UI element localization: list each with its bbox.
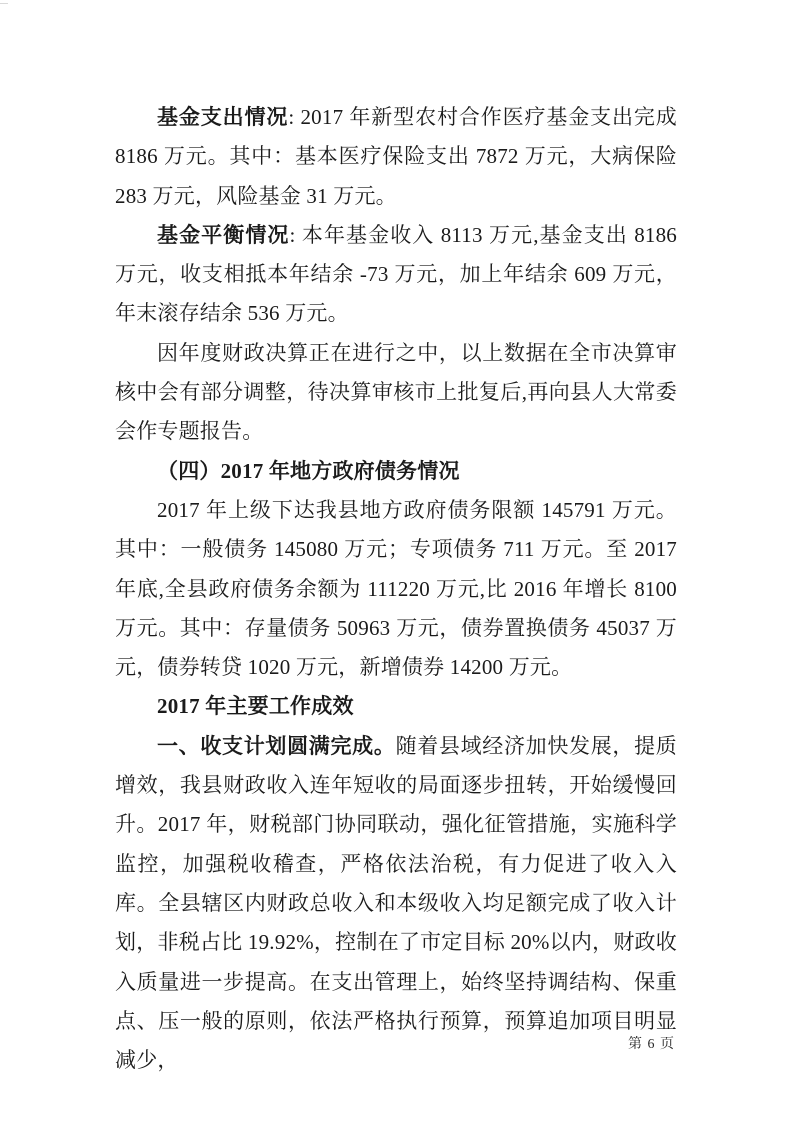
paragraph-text: 2017 年主要工作成效 (157, 694, 354, 718)
document-page: 基金支出情况: 2017 年新型农村合作医疗基金支出完成 8186 万元。其中：… (0, 0, 793, 1122)
body-paragraph: 一、收支计划圆满完成。随着县域经济加快发展，提质增效，我县财政收入连年短收的局面… (115, 727, 677, 1081)
paragraph-lead-bold: 一、收支计划圆满完成。 (157, 734, 396, 758)
paragraph-lead-bold: 基金支出情况 (157, 105, 288, 129)
body-paragraph: 基金平衡情况: 本年基金收入 8113 万元,基金支出 8186 万元，收支相抵… (115, 216, 677, 334)
scan-edge-artifact (0, 3, 8, 4)
document-body: 基金支出情况: 2017 年新型农村合作医疗基金支出完成 8186 万元。其中：… (115, 98, 677, 1080)
body-paragraph: 因年度财政决算正在进行之中，以上数据在全市决算审核中会有部分调整，待决算审核市上… (115, 334, 677, 452)
paragraph-text: （四）2017 年地方政府债务情况 (157, 459, 460, 483)
body-paragraph: 2017 年上级下达我县地方政府债务限额 145791 万元。其中：一般债务 1… (115, 491, 677, 687)
section-heading: 2017 年主要工作成效 (115, 687, 677, 726)
paragraph-text: 随着县域经济加快发展，提质增效，我县财政收入连年短收的局面逐步扭转，开始缓慢回升… (115, 734, 677, 1072)
paragraph-text: 2017 年上级下达我县地方政府债务限额 145791 万元。其中：一般债务 1… (115, 498, 677, 679)
body-paragraph: 基金支出情况: 2017 年新型农村合作医疗基金支出完成 8186 万元。其中：… (115, 98, 677, 216)
paragraph-text: 因年度财政决算正在进行之中，以上数据在全市决算审核中会有部分调整，待决算审核市上… (115, 341, 677, 444)
page-number-footer: 第 6 页 (628, 1036, 675, 1054)
paragraph-lead-bold: 基金平衡情况 (157, 223, 290, 247)
section-heading: （四）2017 年地方政府债务情况 (115, 452, 677, 491)
